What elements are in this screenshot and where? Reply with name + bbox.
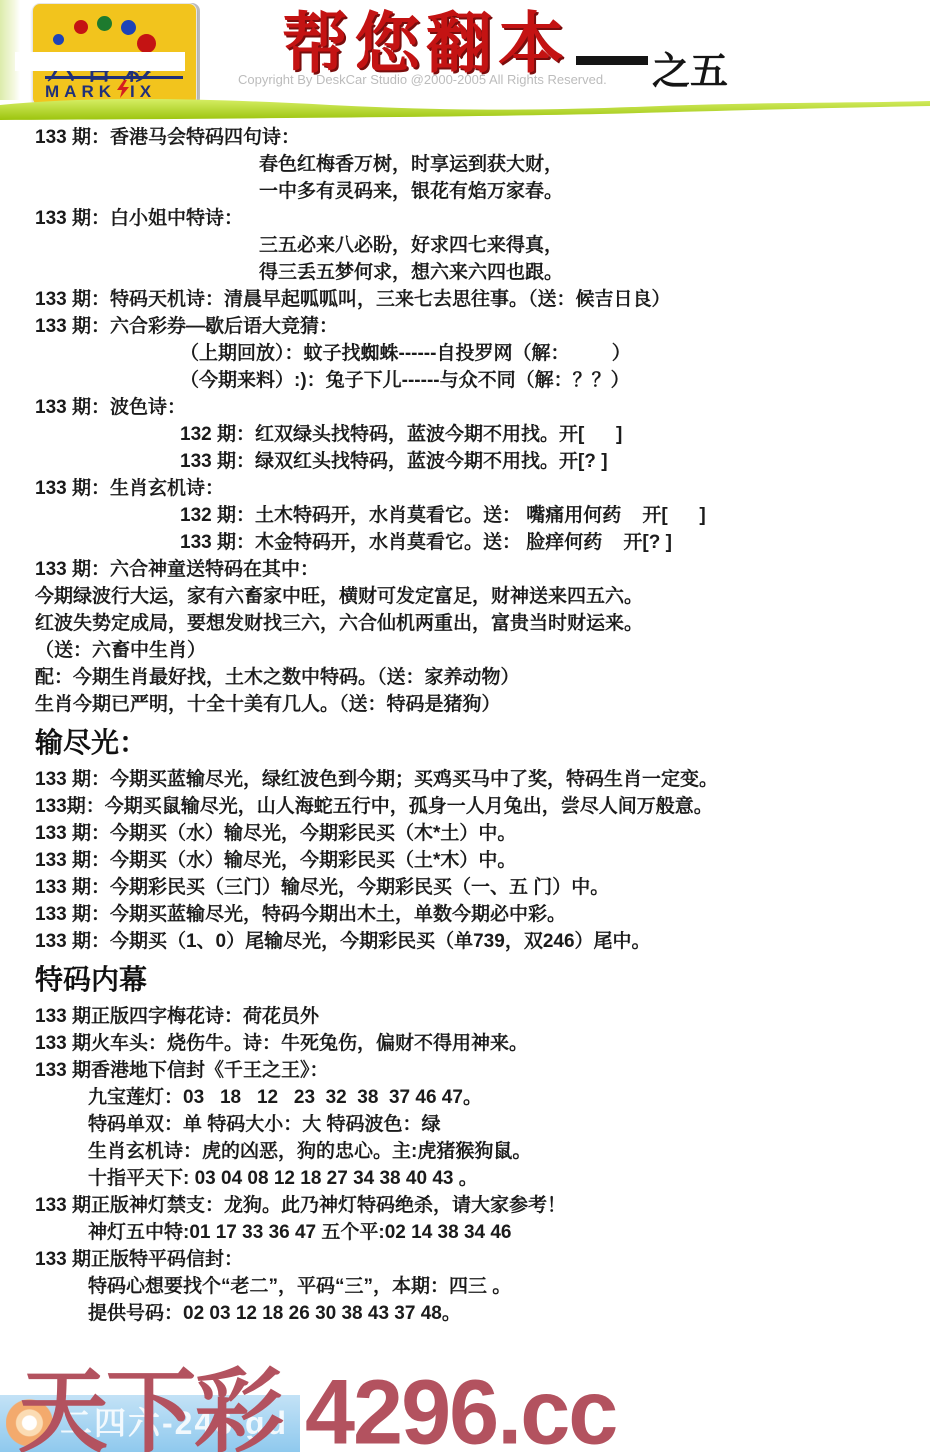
site-banner-text: 天下彩 4296.cc xyxy=(18,1367,616,1452)
content-line: 神灯五中特:01 17 33 36 47 五个平:02 14 38 34 46 xyxy=(35,1219,930,1246)
logo-dot-blue-small xyxy=(53,34,64,45)
page-title: 帮您翻本 xyxy=(282,0,570,86)
content-line: 133 期正版特平码信封： xyxy=(35,1246,930,1273)
page: { "header": { "logo": { "cn": "六合彩", "ma… xyxy=(0,0,930,1452)
content-line: 特码单双：单 特码大小：大 特码波色：绿 xyxy=(35,1111,930,1138)
section-heading-shujinguang: 输尽光： xyxy=(35,726,930,760)
content-line: 特码心想要找个“老二”，平码“三”，本期：四三 。 xyxy=(35,1273,930,1300)
content-line: 一中多有灵码来，银花有焰万家春。 xyxy=(35,178,930,205)
content-line: 133 期：今期买蓝输尽光，特码今期出木土，单数今期必中彩。 xyxy=(35,901,930,928)
content-line: （今期来料）:)：兔子下儿------与众不同（解：？？） xyxy=(35,367,930,394)
content-line: 春色红梅香万树，时享运到获大财， xyxy=(35,151,930,178)
content-line: 红波失势定成局，要想发财找三六，六合仙机两重出，富贵当时财运来。 xyxy=(35,610,930,637)
content-line: 133 期：特码天机诗：清晨早起呱呱叫，三来七去思往事。（送：候吉日良） xyxy=(35,286,930,313)
content-line: 133 期：生肖玄机诗： xyxy=(35,475,930,502)
content-line: 132 期：红双绿头找特码，蓝波今期不用找。开[ ] xyxy=(35,421,930,448)
header: 六合彩 MARK IX Copyright By DeskCar Studio … xyxy=(0,0,930,120)
logo-dot-blue xyxy=(121,20,136,35)
content-line: 132 期：土木特码开，水肖莫看它。送： 嘴痛用何药 开[ ] xyxy=(35,502,930,529)
content-line: 133 期：今期买（水）输尽光，今期彩民买（木*土）中。 xyxy=(35,820,930,847)
content-line: 提供号码：02 03 12 18 26 30 38 43 37 48。 xyxy=(35,1300,930,1327)
content-line: （上期回放）：蚊子找蜘蛛------自投罗网（解： ） xyxy=(35,340,930,367)
content-line: 133 期火车头：烧伤牛。诗：牛死兔伤，偏财不得用神来。 xyxy=(35,1030,930,1057)
grass-band xyxy=(0,96,930,120)
content-line: 133 期：白小姐中特诗： xyxy=(35,205,930,232)
content-line: 配：今期生肖最好找，土木之数中特码。（送：家养动物） xyxy=(35,664,930,691)
content-line: 今期绿波行大运，家有六畜家中旺，横财可发定富足，财神送来四五六。 xyxy=(35,583,930,610)
section-heading-neimu: 特码内幕 xyxy=(35,963,930,997)
content-line: 133 期：六合彩券—歇后语大竞猜： xyxy=(35,313,930,340)
content-line: 133 期：香港马会特码四句诗： xyxy=(35,124,930,151)
content-line: 生肖玄机诗：虎的凶恶，狗的忠心。主:虎猪猴狗鼠。 xyxy=(35,1138,930,1165)
logo-dot-red xyxy=(74,20,88,34)
mark-six-logo: 六合彩 MARK IX xyxy=(32,3,197,106)
content-line: 133 期：今期买（水）输尽光，今期彩民买（土*木）中。 xyxy=(35,847,930,874)
content-line: 133 期：绿双红头找特码，蓝波今期不用找。开[? ] xyxy=(35,448,930,475)
content-line: 133 期：木金特码开，水肖莫看它。送： 脸痒何药 开[? ] xyxy=(35,529,930,556)
content-line: 133 期：六合神童送特码在其中： xyxy=(35,556,930,583)
content-line: 133 期：波色诗： xyxy=(35,394,930,421)
content-line: 133期：今期买鼠输尽光，山人海蛇五行中，孤身一人月兔出，尝尽人间万般意。 xyxy=(35,793,930,820)
content-line: 133 期正版神灯禁支：龙狗。此乃神灯特码绝杀，请大家参考！ xyxy=(35,1192,930,1219)
content-line: 得三丢五梦何求，想六来六四也跟。 xyxy=(35,259,930,286)
content-line: 生肖今期已严明，十全十美有几人。（送：特码是猪狗） xyxy=(35,691,930,718)
content-line: （送：六畜中生肖） xyxy=(35,637,930,664)
left-edge-strip xyxy=(0,0,20,100)
footer: 二四六-246.gd 天下彩 4296.cc xyxy=(0,1352,930,1452)
content-line: 133 期：今期买（1、0）尾输尽光，今期彩民买（单739，双246）尾中。 xyxy=(35,928,930,955)
logo-white-bar xyxy=(15,52,185,71)
content-line: 三五必来八必盼，好求四七来得真， xyxy=(35,232,930,259)
content: 133 期：香港马会特码四句诗： 春色红梅香万树，时享运到获大财， 一中多有灵码… xyxy=(0,120,930,1327)
content-line: 133 期香港地下信封《千王之王》： xyxy=(35,1057,930,1084)
logo-dot-green xyxy=(97,16,112,31)
logo-divider xyxy=(45,76,183,79)
content-line: 九宝莲灯：03 18 12 23 32 38 37 46 47。 xyxy=(35,1084,930,1111)
content-line: 133 期正版四字梅花诗：荷花员外 xyxy=(35,1003,930,1030)
content-line: 133 期：今期彩民买（三门）输尽光，今期彩民买（一、五 门）中。 xyxy=(35,874,930,901)
em-dash xyxy=(576,56,648,65)
content-line: 133 期：今期买蓝输尽光，绿红波色到今期；买鸡买马中了奖，特码生肖一定变。 xyxy=(35,766,930,793)
content-line: 十指平天下: 03 04 08 12 18 27 34 38 40 43 。 xyxy=(35,1165,930,1192)
title-row: 帮您翻本 之五 xyxy=(282,0,728,95)
page-title-suffix: 之五 xyxy=(652,40,728,95)
